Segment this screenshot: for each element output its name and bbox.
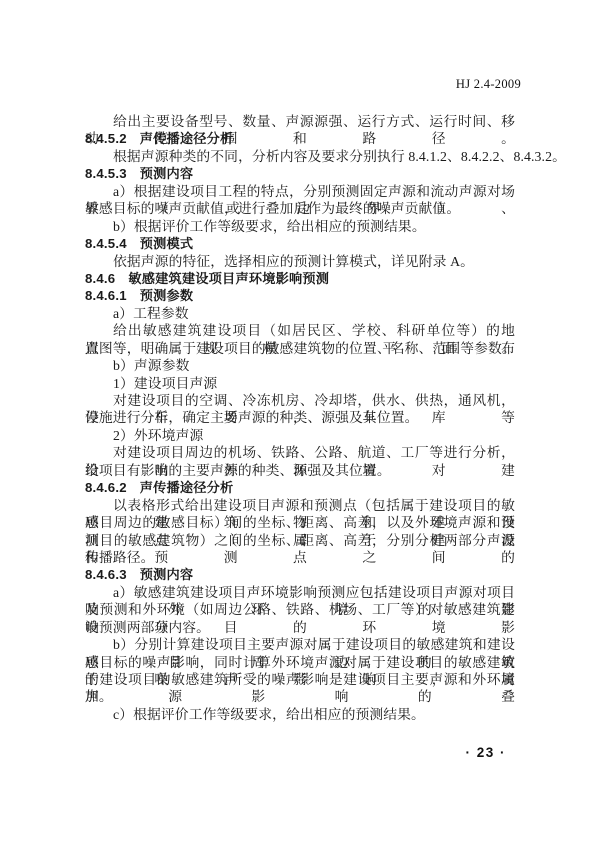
section-title: 预测模式 [140,236,194,251]
text-line: a）敏感建筑建设项目声环境影响预测应包括建设项目声源对项目及外环境的影 [85,584,515,601]
section-title: 预测参数 [140,288,194,303]
text-line: 对建设项目周边的机场、铁路、公路、航道、工厂等进行分析，给出外环境对建 [85,444,515,461]
section-title: 声传播途径分析 [140,131,234,146]
text-line: b）分别计算建设项目主要声源对属于建设项目的敏感建筑和建设项目周边的敏 [85,636,515,653]
section-heading: 8.4.6敏感建筑建设项目声环境影响预测 [85,270,515,287]
text-line: 于建设项目的敏感建筑所受的噪声影响是建设项目主要声源和外环境声源影响的叠 [85,671,515,688]
text-line: 项目的敏感建筑物）之间的坐标、距离、高差，分别分析两部分声源和预测点之间的 [85,532,515,549]
document-body: 给出主要设备型号、数量、声源源强、运行方式、运行时间、移动范围和路径。8.4.5… [85,113,515,723]
text-line: 敏感目标的噪声贡献值，进行叠加后作为最终的噪声贡献值。 [85,200,515,217]
section-number: 8.4.5.3 [85,166,127,181]
section-number: 8.4.6.1 [85,288,127,303]
section-number: 8.4.5.4 [85,236,127,251]
section-heading: 8.4.5.3预测内容 [85,165,515,182]
standard-code: HJ 2.4-2009 [456,77,521,92]
section-number: 8.4.6.3 [85,567,127,582]
section-heading: 8.4.6.1预测参数 [85,287,515,304]
section-number: 8.4.6 [85,271,115,286]
text-line: 给出敏感建筑建设项目（如居民区、学校、科研单位等）的地点、规模、平面布 [85,322,515,339]
text-line: 依据声源的特征，选择相应的预测计算模式，详见附录 A。 [85,253,515,270]
section-title: 声传播途径分析 [140,480,234,495]
text-line: 项目周边的敏感目标）间的坐标、距离、高差，以及外环境声源和预测点（属于建设 [85,514,515,531]
text-line: 响预测和外环境（如周边公路、铁路、机场、工厂等）对敏感建筑建设项目的环境影 [85,601,515,618]
page-number: · 23 · [465,745,506,760]
text-line: 1）建设项目声源 [85,375,515,392]
section-number: 8.4.6.2 [85,480,127,495]
section-number: 8.4.5.2 [85,131,127,146]
text-line: c）根据评价工作等级要求，给出相应的预测结果。 [85,706,515,723]
section-heading: 8.4.6.3预测内容 [85,566,515,583]
section-title: 预测内容 [140,567,194,582]
text-line: a）工程参数 [85,305,515,322]
text-line: b）根据评价工作等级要求，给出相应的预测结果。 [85,218,515,235]
text-line: 2）外环境声源 [85,427,515,444]
text-line: a）根据建设项目工程的特点，分别预测固定声源和流动声源对场界（或边界）、 [85,183,515,200]
section-title: 敏感建筑建设项目声环境影响预测 [128,271,329,286]
text-line: 感目标的噪声影响，同时计算外环境声源对属于建设项目的敏感建筑的噪声影响，属 [85,654,515,671]
text-line: b）声源参数 [85,357,515,374]
section-title: 预测内容 [140,166,194,181]
text-line: 置图等，明确属于建设项目的敏感建筑物的位置、名称、范围等参数。 [85,340,515,357]
text-line: 对建设项目的空调、冷冻机房、冷却塔，供水、供热，通风机，停车场，车库等 [85,392,515,409]
text-line: 根据声源种类的不同，分析内容及要求分别执行 8.4.1.2、8.4.2.2、8.… [85,148,515,165]
section-heading: 8.4.5.4预测模式 [85,235,515,252]
document-page: HJ 2.4-2009 给出主要设备型号、数量、声源源强、运行方式、运行时间、移… [0,0,600,847]
section-heading: 8.4.6.2声传播途径分析 [85,479,515,496]
text-line: 以表格形式给出建设项目声源和预测点（包括属于建设项目的敏感建筑物和建设 [85,497,515,514]
text-line: 给出主要设备型号、数量、声源源强、运行方式、运行时间、移动范围和路径。 [85,113,515,130]
